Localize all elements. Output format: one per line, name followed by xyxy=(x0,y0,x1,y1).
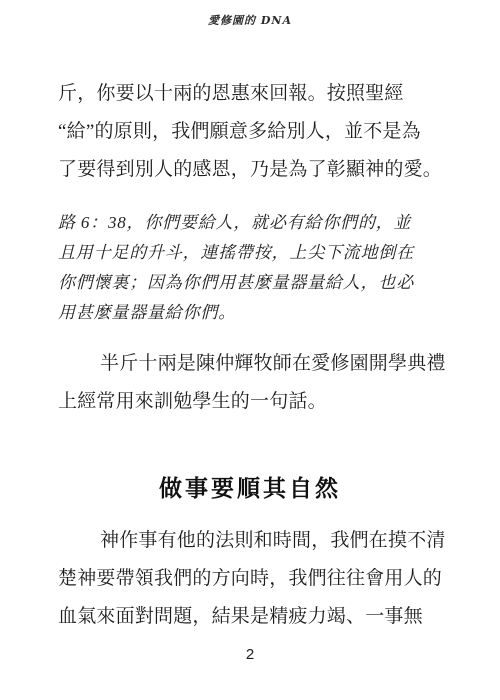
paragraph-gods-timing: 神作事有他的法則和時間，我們在摸不清 楚神要帶領我們的方向時，我們往往會用人的 … xyxy=(58,522,442,636)
book-title: 愛修園的 DNA xyxy=(208,14,292,27)
text-line: 楚神要帶領我們的方向時，我們往往會用人的 xyxy=(58,560,442,598)
page-footer: 2 xyxy=(58,645,442,665)
text-line: “給”的原則，我們願意多給別人，並不是為 xyxy=(58,113,442,151)
text-line: 路 6：38，你們要給人，就必有給你們的，並 xyxy=(58,208,442,238)
text-line: 你們懷裏；因為你們用甚麼量器量給人，也必 xyxy=(58,268,442,298)
text-line: 半斤十兩是陳仲輝牧師在愛修園開學典禮 xyxy=(58,345,442,383)
section-heading: 做事要順其自然 xyxy=(58,474,442,504)
paragraph-grace-return: 斤，你要以十兩的恩惠來回報。按照聖經 “給”的原則，我們願意多給別人，並不是為 … xyxy=(58,75,442,189)
text-line: 斤，你要以十兩的恩惠來回報。按照聖經 xyxy=(58,75,442,113)
text-line: 且用十足的升斗，連搖帶按，上尖下流地倒在 xyxy=(58,238,442,268)
running-header: 愛修園的 DNA xyxy=(58,14,442,27)
page-body: 斤，你要以十兩的恩惠來回報。按照聖經 “給”的原則，我們願意多給別人，並不是為 … xyxy=(58,75,442,636)
text-line: 用甚麼量器量給你們。 xyxy=(58,298,442,328)
book-page: 愛修園的 DNA 斤，你要以十兩的恩惠來回報。按照聖經 “給”的原則，我們願意多… xyxy=(0,0,500,700)
page-number: 2 xyxy=(246,646,254,663)
scripture-quote-luke-6-38: 路 6：38，你們要給人，就必有給你們的，並 且用十足的升斗，連搖帶按，上尖下流… xyxy=(58,208,442,328)
text-line: 上經常用來訓勉學生的一句話。 xyxy=(58,383,442,421)
text-line: 神作事有他的法則和時間，我們在摸不清 xyxy=(58,522,442,560)
text-line: 血氣來面對問題，結果是精疲力竭、一事無 xyxy=(58,598,442,636)
text-line: 了要得到別人的感恩，乃是為了彰顯神的愛。 xyxy=(58,151,442,189)
paragraph-pastor-motto: 半斤十兩是陳仲輝牧師在愛修園開學典禮 上經常用來訓勉學生的一句話。 xyxy=(58,345,442,421)
